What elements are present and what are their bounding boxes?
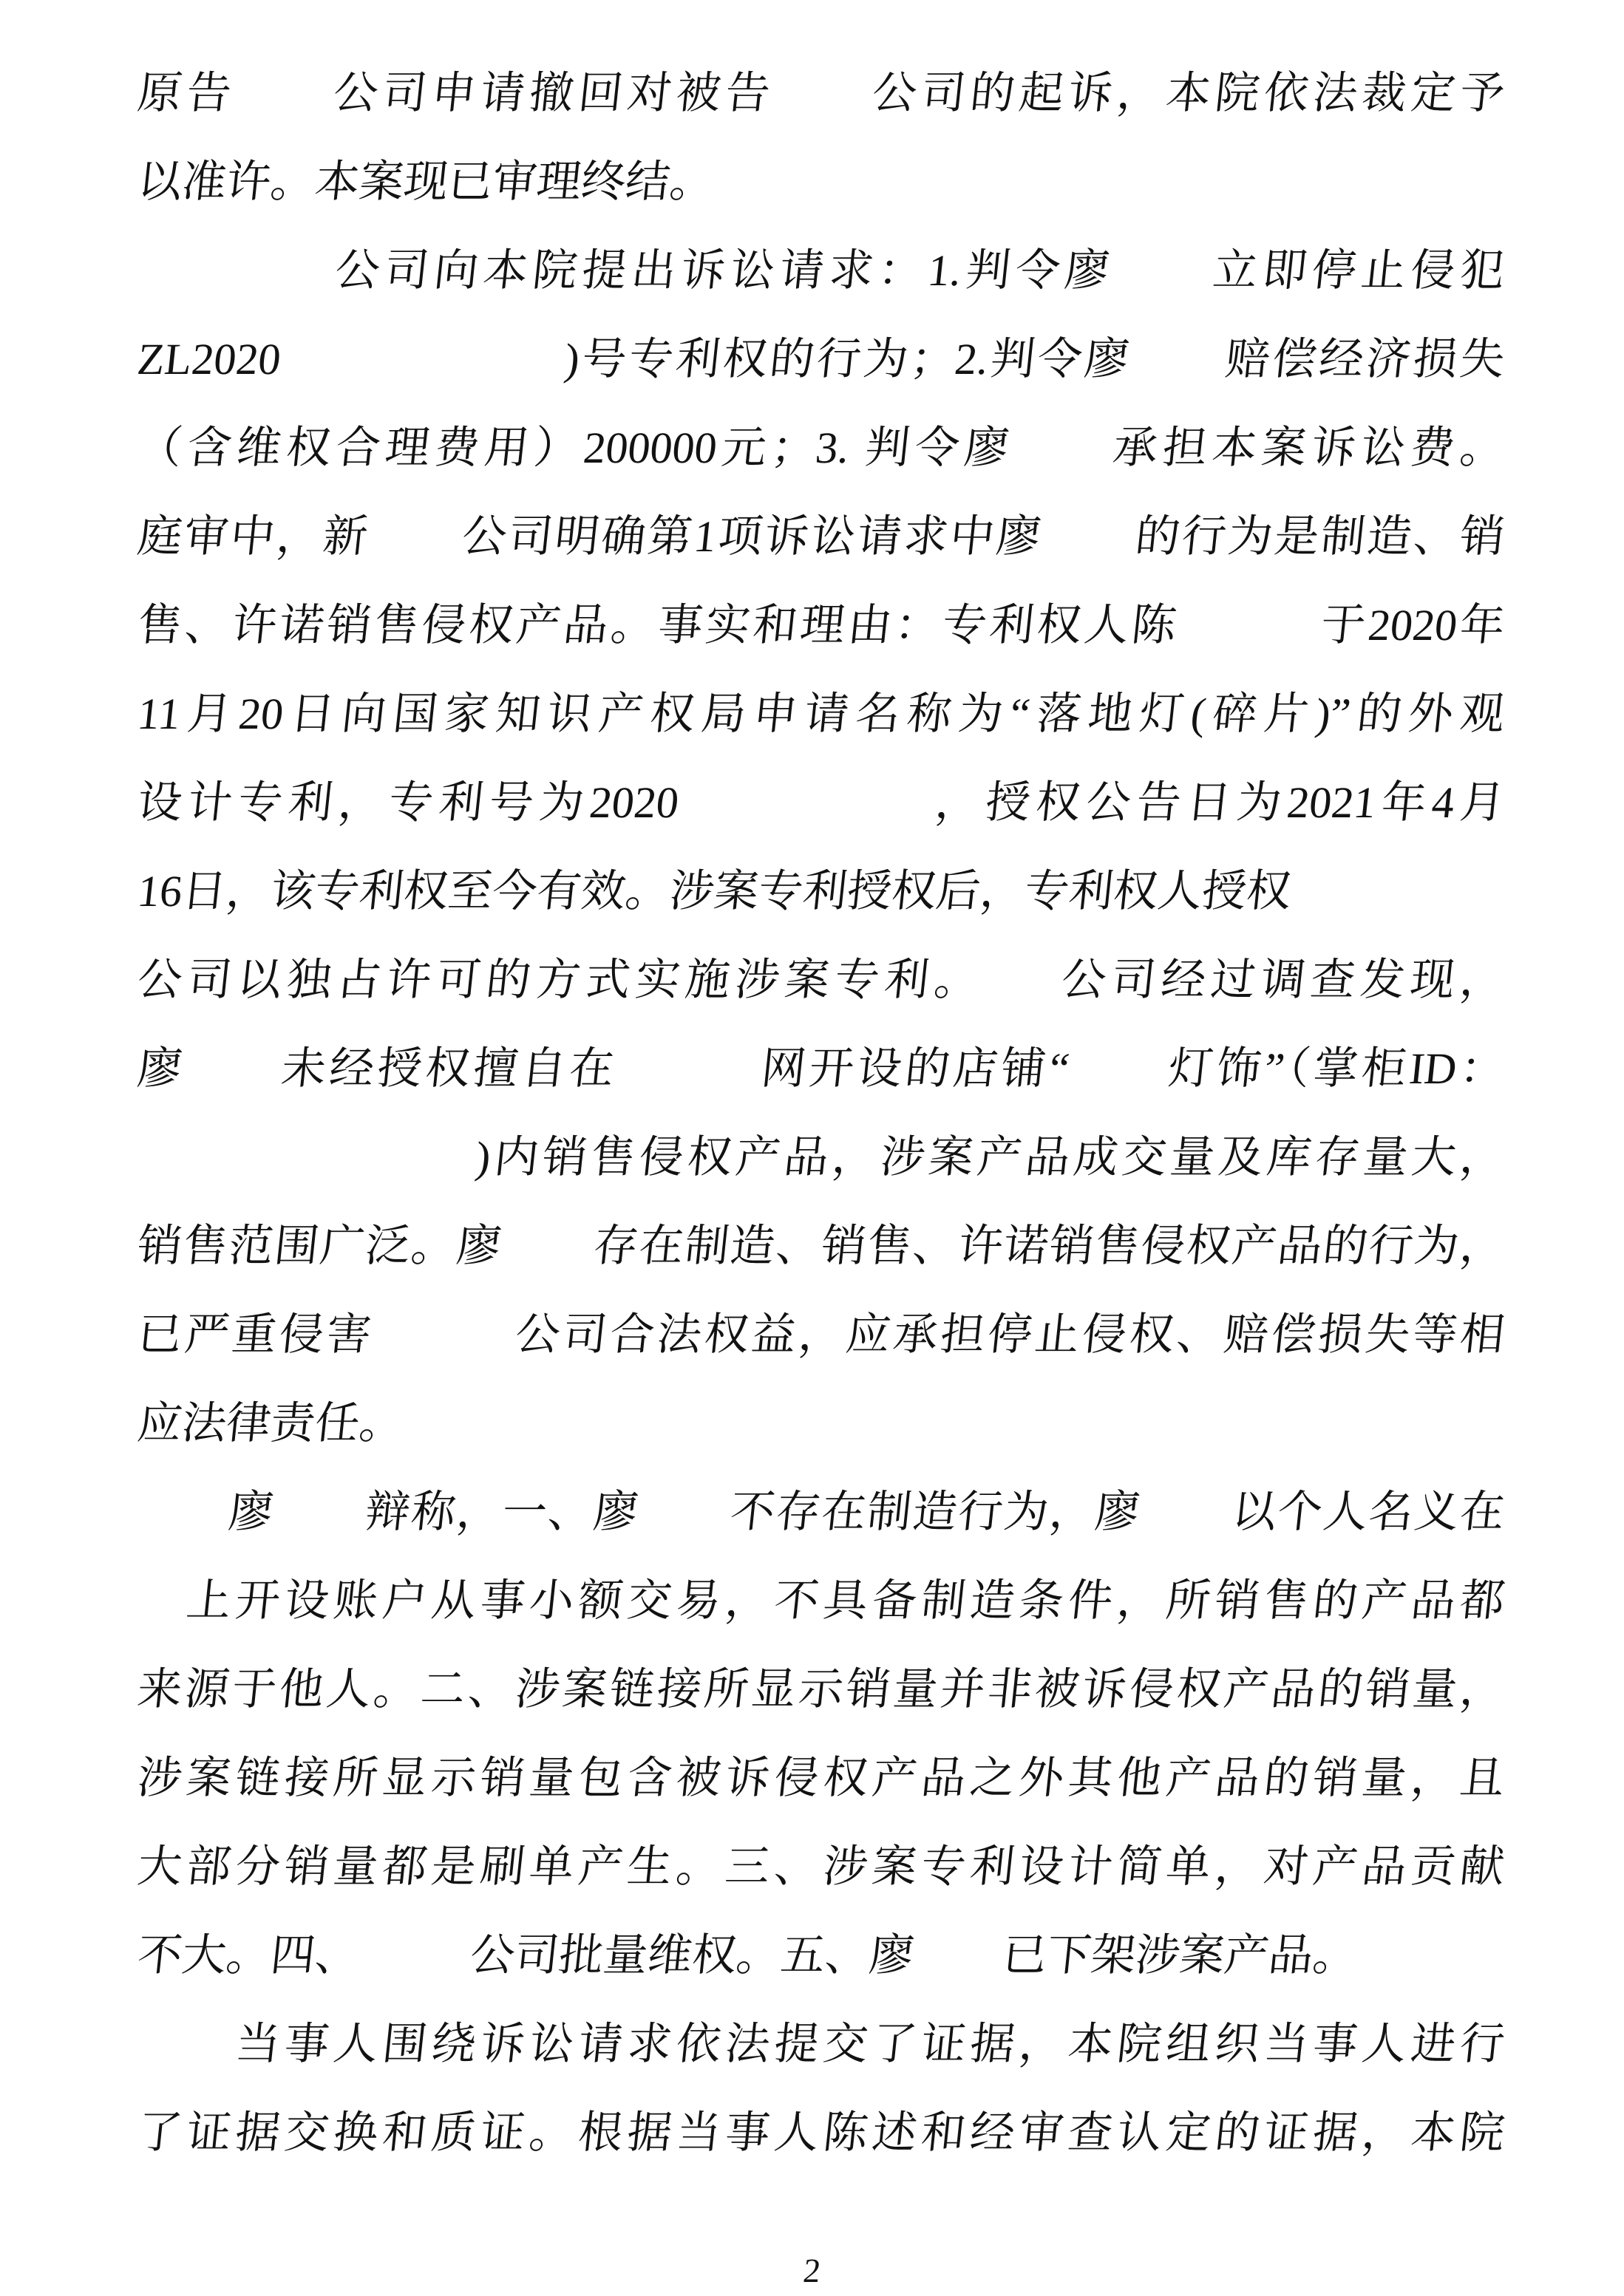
text-line: )内销售侵权产品，涉案产品成交量及库存量大， xyxy=(133,1113,1509,1202)
text-line: 销售范围广泛。廖 存在制造、销售、许诺销售侵权产品的行为， xyxy=(133,1202,1509,1290)
text-line: ZL2020 )号专利权的行为；2.判令廖 赔偿经济损失 xyxy=(133,315,1509,403)
text-line: 原告 公司申请撤回对被告 公司的起诉，本院依法裁定予 xyxy=(133,49,1509,137)
text-line: 已严重侵害 公司合法权益，应承担停止侵权、赔偿损失等相 xyxy=(133,1290,1509,1379)
text-line: 廖 辩称，一、廖 不存在制造行为，廖 以个人名义在 xyxy=(133,1468,1509,1556)
text-line: 11月20日向国家知识产权局申请名称为“落地灯(碎片)”的外观 xyxy=(133,670,1509,758)
text-line: 大部分销量都是刷单产生。三、涉案专利设计简单，对产品贡献 xyxy=(133,1822,1509,1911)
text-line: 了证据交换和质证。根据当事人陈述和经审查认定的证据，本院 xyxy=(133,2088,1509,2177)
text-line: 公司以独占许可的方式实施涉案专利。 公司经过调查发现， xyxy=(133,936,1509,1024)
page-number: 2 xyxy=(0,2250,1624,2292)
text-line: 当事人围绕诉讼请求依法提交了证据，本院组织当事人进行 xyxy=(133,2000,1509,2088)
text-line: 16日，该专利权至今有效。涉案专利授权后，专利权人授权 xyxy=(133,847,1509,936)
text-line: 上开设账户从事小额交易，不具备制造条件，所销售的产品都 xyxy=(133,1556,1509,1645)
document-body-text: 原告 公司申请撤回对被告 公司的起诉，本院依法裁定予 以准许。本案现已审理终结。… xyxy=(133,49,1500,2177)
text-line: 公司向本院提出诉讼请求：1.判令廖 立即停止侵犯 xyxy=(133,226,1509,315)
text-line: 廖 未经授权擅自在 网开设的店铺“ 灯饰”（掌柜ID： xyxy=(133,1024,1509,1113)
text-line: （含维权合理费用）200000元；3. 判令廖 承担本案诉讼费。 xyxy=(133,403,1509,492)
text-line: 以准许。本案现已审理终结。 xyxy=(133,137,1509,226)
text-line: 售、许诺销售侵权产品。事实和理由：专利权人陈 于2020年 xyxy=(133,581,1509,670)
text-line: 涉案链接所显示销量包含被诉侵权产品之外其他产品的销量，且 xyxy=(133,1734,1509,1822)
text-line: 不大。四、 公司批量维权。五、廖 已下架涉案产品。 xyxy=(133,1911,1509,2000)
text-line: 设计专利，专利号为2020 ，授权公告日为2021年4月 xyxy=(133,758,1509,847)
text-line: 应法律责任。 xyxy=(133,1379,1509,1468)
document-page: 原告 公司申请撤回对被告 公司的起诉，本院依法裁定予 以准许。本案现已审理终结。… xyxy=(0,0,1624,2296)
text-line: 庭审中，新 公司明确第1项诉讼请求中廖 的行为是制造、销 xyxy=(133,492,1509,581)
text-line: 来源于他人。二、涉案链接所显示销量并非被诉侵权产品的销量， xyxy=(133,1645,1509,1734)
